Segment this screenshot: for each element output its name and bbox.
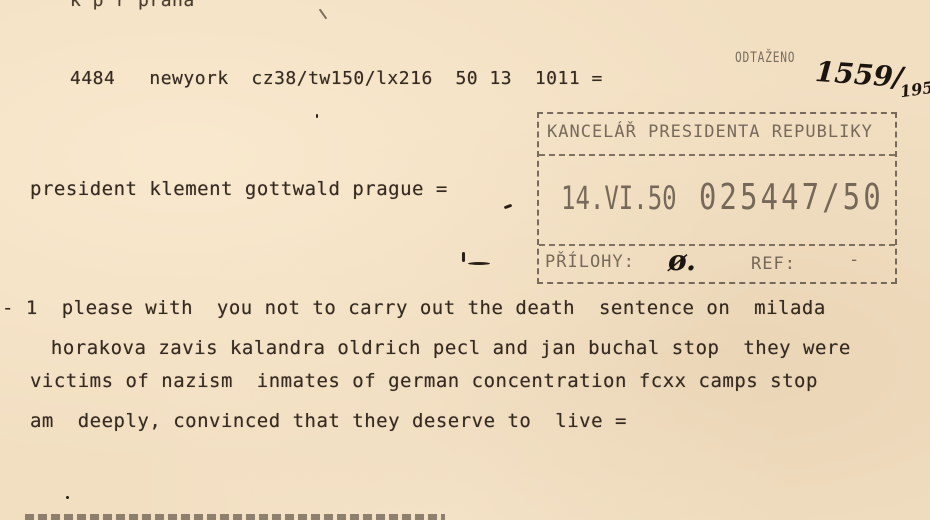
- body-line: am deeply, convinced that they deserve t…: [18, 410, 627, 432]
- partial-bottom-line: [25, 514, 445, 520]
- body-line: victims of nazism inmates of german conc…: [18, 370, 818, 392]
- telegram-office-line: k p r praha: [70, 0, 195, 11]
- addressee-line: president klement gottwald prague =: [30, 178, 448, 200]
- odtazeno-stamp: ODTAŽENO: [735, 50, 795, 66]
- body-line: horakova zavis kalandra oldrich pecl and…: [27, 337, 851, 359]
- telegram-header-line: 4484 newyork cz38/tw150/lx216 50 13 1011…: [70, 68, 603, 89]
- handwritten-reference-number: 1559/: [814, 55, 904, 94]
- presidential-office-stamp: KANCELÁŘ PRESIDENTA REPUBLIKY 14.VI.50 0…: [537, 112, 897, 284]
- stamp-registry-number: 025447/50: [699, 177, 884, 218]
- stamp-ref-label: REF:: [751, 254, 796, 274]
- ink-speck: [316, 114, 318, 118]
- ink-mark: [504, 204, 513, 210]
- stamp-date: 14.VI.50: [561, 179, 677, 217]
- stamp-attachments-label: PŘÍLOHY:: [545, 252, 635, 272]
- stamp-ref-value: -: [849, 250, 859, 270]
- handwritten-attachments-count: ø.: [668, 244, 696, 277]
- handwritten-reference-year: 195: [899, 78, 930, 101]
- ink-mark: [462, 252, 465, 262]
- ink-mark: [468, 262, 490, 265]
- ink-speck: [66, 496, 69, 499]
- ink-speck: [319, 9, 328, 20]
- body-line: - 1 please with you not to carry out the…: [2, 297, 826, 319]
- stamp-title: KANCELÁŘ PRESIDENTA REPUBLIKY: [547, 122, 873, 142]
